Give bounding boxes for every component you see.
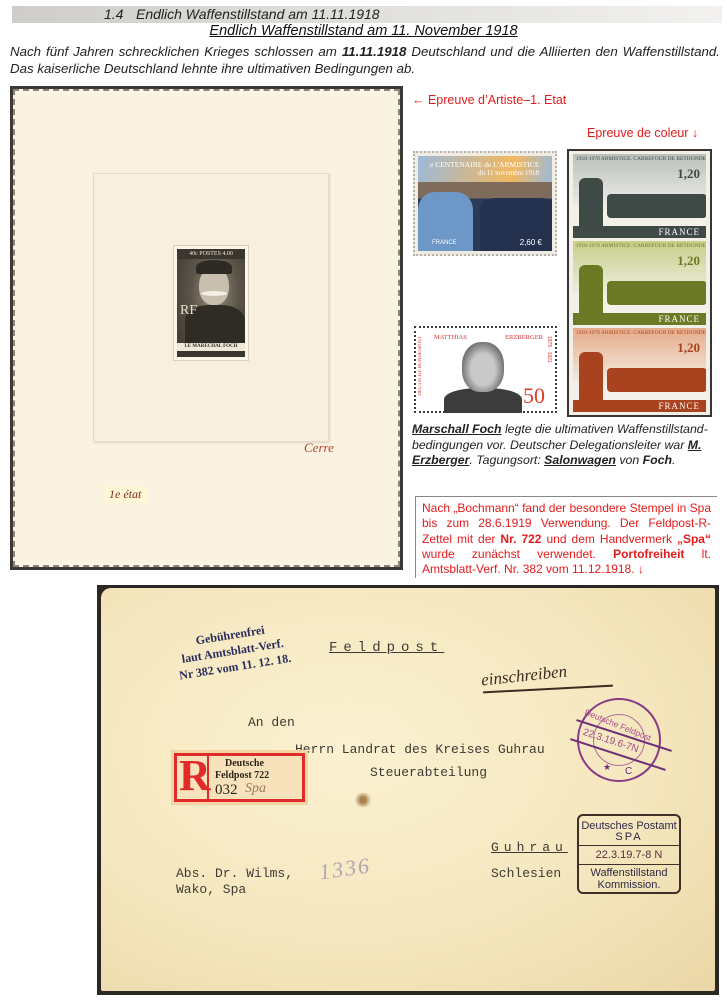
- box-cancel-date: 22.3.19.7-8 N: [579, 846, 679, 864]
- centenaire-value: 2,60 €: [520, 238, 542, 247]
- rethondes-country: FRANCE: [658, 227, 700, 237]
- registration-line-2: Feldpost 722: [215, 770, 269, 781]
- erzberger-first-name: MATTHIAS: [434, 334, 467, 341]
- registration-number: 032: [215, 782, 238, 799]
- address-line-1: Herrn Landrat des Kreises Guhrau: [295, 742, 545, 757]
- foch-stamp-caption: LE MARECHAL FOCH: [177, 343, 245, 351]
- foch-caption: Marschall Foch legte die ultimativen Waf…: [412, 422, 717, 469]
- centenaire-armistice-stamp: e CENTENAIRE de L'ARMISTICE du 11 novemb…: [413, 151, 557, 256]
- name-foch-2: Foch: [643, 453, 672, 467]
- foch-stamp-top-text: 40c POSTES 4.00: [177, 249, 245, 259]
- wagon-illustration: [607, 281, 706, 305]
- registration-r-letter: R: [179, 753, 209, 799]
- registration-line-1: Deutsche: [225, 758, 264, 769]
- handwritten-einschreiben: einschreiben: [480, 662, 568, 691]
- pencil-notation: 1336: [317, 853, 372, 886]
- erzberger-side-text: DEUTSCHE BUNDESPOST: [418, 336, 423, 396]
- intro-date: 11.11.1918: [342, 44, 407, 59]
- feldpost-envelope: Gebührenfrei laut Amtsblatt-Verf. Nr 382…: [97, 585, 719, 995]
- engraver-signature: Cerre: [304, 440, 334, 456]
- rethondes-caption: 1918-1978 ARMISTICE. CARREFOUR DE RETHON…: [576, 243, 706, 249]
- rethondes-stamp: 1918-1978 ARMISTICE. CARREFOUR DE RETHON…: [573, 328, 706, 412]
- bochmann-note: Nach „Bochmann“ fand der besondere Stemp…: [415, 496, 717, 578]
- erzberger-portrait-head: [462, 342, 504, 392]
- star-icon: ★: [603, 762, 611, 773]
- section-header-bar: 1.4 Endlich Waffenstillstand am 11.11.19…: [12, 6, 722, 23]
- state-label: 1e état: [103, 486, 147, 503]
- intro-paragraph: Nach fünf Jahren schrecklichen Krieges s…: [10, 43, 720, 77]
- spa-box-cancel: Deutsches Postamt SPA 22.3.19.7-8 N Waff…: [577, 814, 681, 894]
- rethondes-caption: 1918-1978 ARMISTICE. CARREFOUR DE RETHON…: [576, 156, 706, 162]
- box-cancel-line-2: SPA: [579, 832, 679, 846]
- name-foch: Marschall Foch: [412, 422, 502, 436]
- paper-stain: [351, 793, 375, 807]
- erzberger-value: 50: [523, 383, 545, 409]
- centenaire-title: e CENTENAIRE de L'ARMISTICE: [430, 160, 539, 169]
- colour-proof-note: Epreuve de coleur ↓: [587, 126, 698, 140]
- centenaire-subtitle: du 11 novembre 1918: [478, 169, 539, 177]
- section-title: Endlich Waffenstillstand am 11.11.1918: [136, 6, 380, 22]
- place-salonwagen: Salonwagen: [544, 453, 616, 467]
- circular-feldpost-cancel: Deutsche Feldpost 22.3.19.6-7N ★ C: [577, 698, 661, 782]
- foch-stamp-proof: 40c POSTES 4.00 RF LE MARECHAL FOCH: [173, 245, 249, 361]
- rethondes-country: FRANCE: [658, 314, 700, 324]
- rf-monogram: RF: [180, 303, 197, 319]
- monument-illustration: [579, 352, 603, 400]
- foch-stamp-bottom-band: [177, 351, 245, 357]
- cancel-letter: C: [625, 766, 632, 777]
- wagon-illustration: [607, 368, 706, 392]
- page-title: Endlich Waffenstillstand am 11. November…: [0, 23, 727, 39]
- section-number: 1.4: [104, 6, 123, 22]
- erzberger-stamp: DEUTSCHE BUNDESPOST MATTHIAS ERZBERGER 1…: [414, 326, 557, 413]
- portrait-kepi: [196, 260, 232, 274]
- artist-proof-sheet: 40c POSTES 4.00 RF LE MARECHAL FOCH Cerr…: [10, 86, 403, 570]
- artist-proof-note: ← Epreuve d’Artiste–1. Etat: [412, 93, 566, 107]
- rethondes-value: 1,20: [677, 253, 700, 269]
- rethondes-country: FRANCE: [658, 401, 700, 411]
- rethondes-colour-proof-strip: 1918-1978 ARMISTICE. CARREFOUR DE RETHON…: [567, 149, 712, 417]
- monument-illustration: [579, 265, 603, 313]
- erzberger-dates: 1875 · 1921: [546, 336, 552, 363]
- sender-address: Abs. Dr. Wilms, Wako, Spa: [176, 866, 293, 898]
- address-region: Schlesien: [491, 866, 561, 881]
- centenaire-country: FRANCE: [432, 240, 457, 246]
- registration-handwritten-spa: Spa: [245, 781, 266, 797]
- plate-impression: 40c POSTES 4.00 RF LE MARECHAL FOCH: [93, 173, 329, 442]
- address-city: Guhrau: [491, 840, 568, 855]
- monument-illustration: [579, 178, 603, 226]
- box-cancel-line-4: Kommission.: [579, 879, 679, 891]
- rethondes-caption: 1918-1978 ARMISTICE. CARREFOUR DE RETHON…: [576, 330, 706, 336]
- gebuehrenfrei-handstamp: Gebührenfrei laut Amtsblatt-Verf. Nr 382…: [173, 618, 292, 683]
- feldpost-heading: Feldpost: [329, 640, 444, 656]
- registration-label: R Deutsche Feldpost 722 032 Spa: [171, 750, 308, 805]
- address-salutation: An den: [248, 715, 295, 730]
- portrait-moustache: [201, 291, 227, 296]
- rethondes-value: 1,20: [677, 166, 700, 182]
- wagon-illustration: [607, 194, 706, 218]
- box-cancel-line-3: Waffenstillstand: [579, 864, 679, 879]
- address-line-2: Steuerabteilung: [370, 765, 487, 780]
- rethondes-value: 1,20: [677, 340, 700, 356]
- erzberger-last-name: ERZBERGER: [505, 334, 543, 341]
- rethondes-stamp: 1918-1978 ARMISTICE. CARREFOUR DE RETHON…: [573, 241, 706, 325]
- rethondes-stamp: 1918-1978 ARMISTICE. CARREFOUR DE RETHON…: [573, 154, 706, 238]
